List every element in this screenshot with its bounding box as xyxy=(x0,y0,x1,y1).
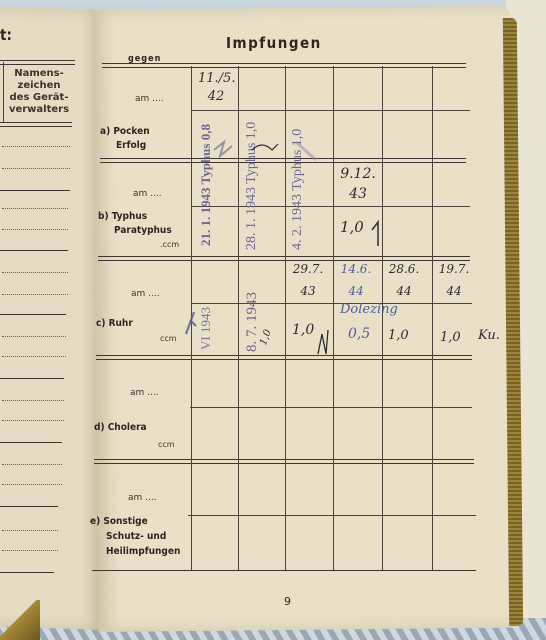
pen-scribbles xyxy=(0,0,546,640)
page-number: 9 xyxy=(284,595,291,608)
